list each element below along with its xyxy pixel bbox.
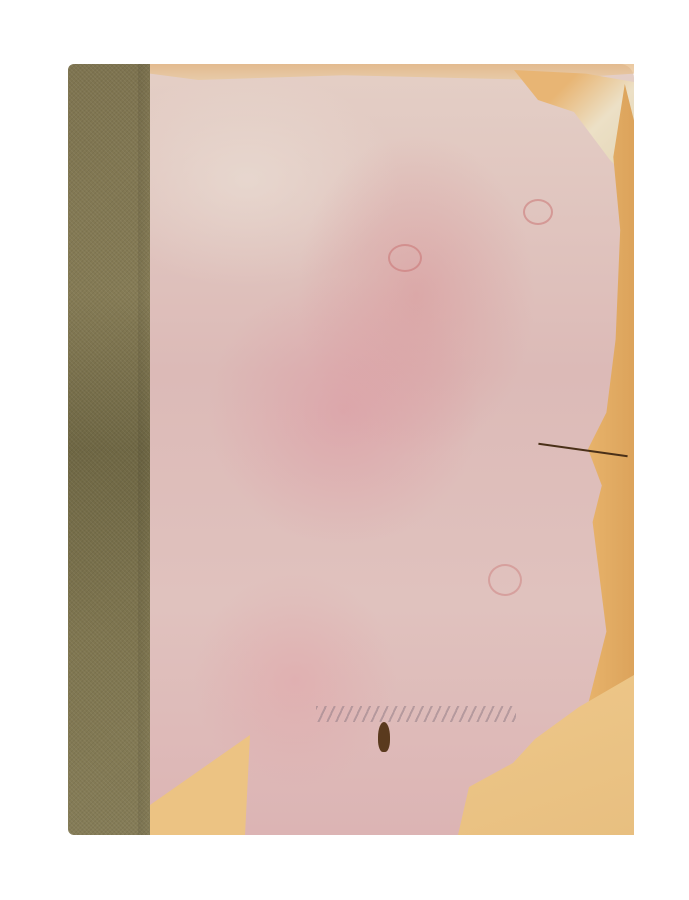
book-cover: [68, 64, 634, 835]
ink-blot: [378, 722, 390, 752]
water-stain: [388, 244, 422, 272]
spine-edge-shadow: [138, 64, 150, 835]
water-stain: [488, 564, 522, 596]
water-stain: [523, 199, 553, 225]
pencil-scribble: [316, 706, 516, 722]
